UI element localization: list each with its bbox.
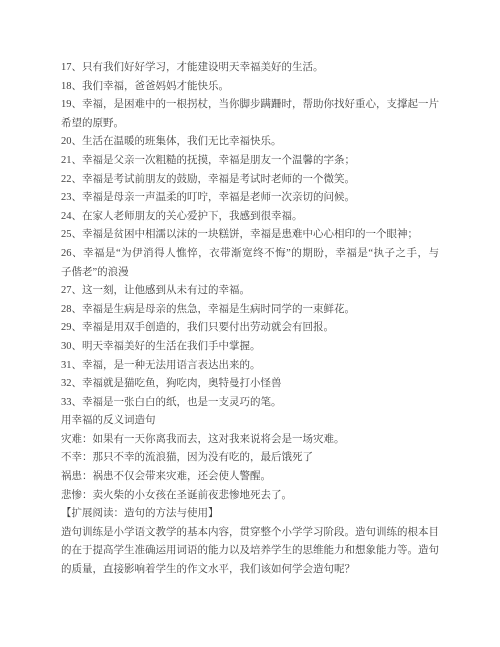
text-line: 27、这一刻，让他感到从未有过的幸福。 bbox=[61, 282, 439, 301]
text-line: 33、幸福是一张白白的纸，也是一支灵巧的笔。 bbox=[61, 394, 439, 413]
text-line: 30、明天幸福美好的生活在我们手中掌握。 bbox=[61, 338, 439, 357]
paragraph-line: 的质量，直接影响着学生的作文水平，我们该如何学会造句呢？ bbox=[61, 561, 439, 580]
text-line: 26、幸福是“为伊消得人憔悴，衣带渐宽终不悔”的期盼，幸福是“执子之手，与 bbox=[61, 245, 439, 264]
text-line: 32、幸福就是猫吃鱼，狗吃肉，奥特曼打小怪兽 bbox=[61, 375, 439, 394]
text-line: 17、只有我们好好学习，才能建设明天幸福美好的生活。 bbox=[61, 59, 439, 78]
paragraph-line: 造句训练是小学语文教学的基本内容，贯穿整个小学学习阶段。造句训练的根本目 bbox=[61, 524, 439, 543]
text-line: 19、幸福，是困难中的一根拐杖，当你脚步蹒跚时，帮助你找好重心，支撑起一片 bbox=[61, 96, 439, 115]
text-line: 24、在家人老师朋友的关心爱护下，我感到很幸福。 bbox=[61, 208, 439, 227]
antonym-line: 灾难：如果有一天你离我而去，这对我来说将会是一场灾难。 bbox=[61, 431, 439, 450]
paragraph-line: 的在于提高学生准确运用词语的能力以及培养学生的思维能力和想象能力等。造句 bbox=[61, 542, 439, 561]
antonym-line: 祸患：祸患不仅会带来灾难，还会使人警醒。 bbox=[61, 468, 439, 487]
text-line: 23、幸福是母亲一声温柔的叮咛，幸福是老师一次亲切的问候。 bbox=[61, 189, 439, 208]
text-line: 希望的原野。 bbox=[61, 115, 439, 134]
text-line: 21、幸福是父亲一次粗糙的抚摸，幸福是朋友一个温馨的字条； bbox=[61, 152, 439, 171]
extended-reading-heading: 【扩展阅读：造句的方法与使用】 bbox=[61, 505, 439, 524]
document-page: 17、只有我们好好学习，才能建设明天幸福美好的生活。 18、我们幸福，爸爸妈妈才… bbox=[0, 0, 500, 647]
antonym-section-heading: 用幸福的反义词造句 bbox=[61, 412, 439, 431]
text-line: 29、幸福是用双手创造的，我们只要付出劳动就会有回报。 bbox=[61, 319, 439, 338]
text-line: 18、我们幸福，爸爸妈妈才能快乐。 bbox=[61, 78, 439, 97]
text-line: 22、幸福是考试前朋友的鼓励，幸福是考试时老师的一个微笑。 bbox=[61, 171, 439, 190]
antonym-line: 悲惨：卖火柴的小女孩在圣诞前夜悲惨地死去了。 bbox=[61, 487, 439, 506]
text-line: 25、幸福是贫困中相濡以沫的一块糕饼，幸福是患难中心心相印的一个眼神； bbox=[61, 226, 439, 245]
text-line: 20、生活在温暖的班集体，我们无比幸福快乐。 bbox=[61, 133, 439, 152]
text-line: 子偕老”的浪漫 bbox=[61, 264, 439, 283]
antonym-line: 不幸：那只不幸的流浪猫，因为没有吃的，最后饿死了 bbox=[61, 449, 439, 468]
text-line: 31、幸福，是一种无法用语言表达出来的。 bbox=[61, 357, 439, 376]
text-line: 28、幸福是生病是母亲的焦急，幸福是生病时同学的一束鲜花。 bbox=[61, 301, 439, 320]
